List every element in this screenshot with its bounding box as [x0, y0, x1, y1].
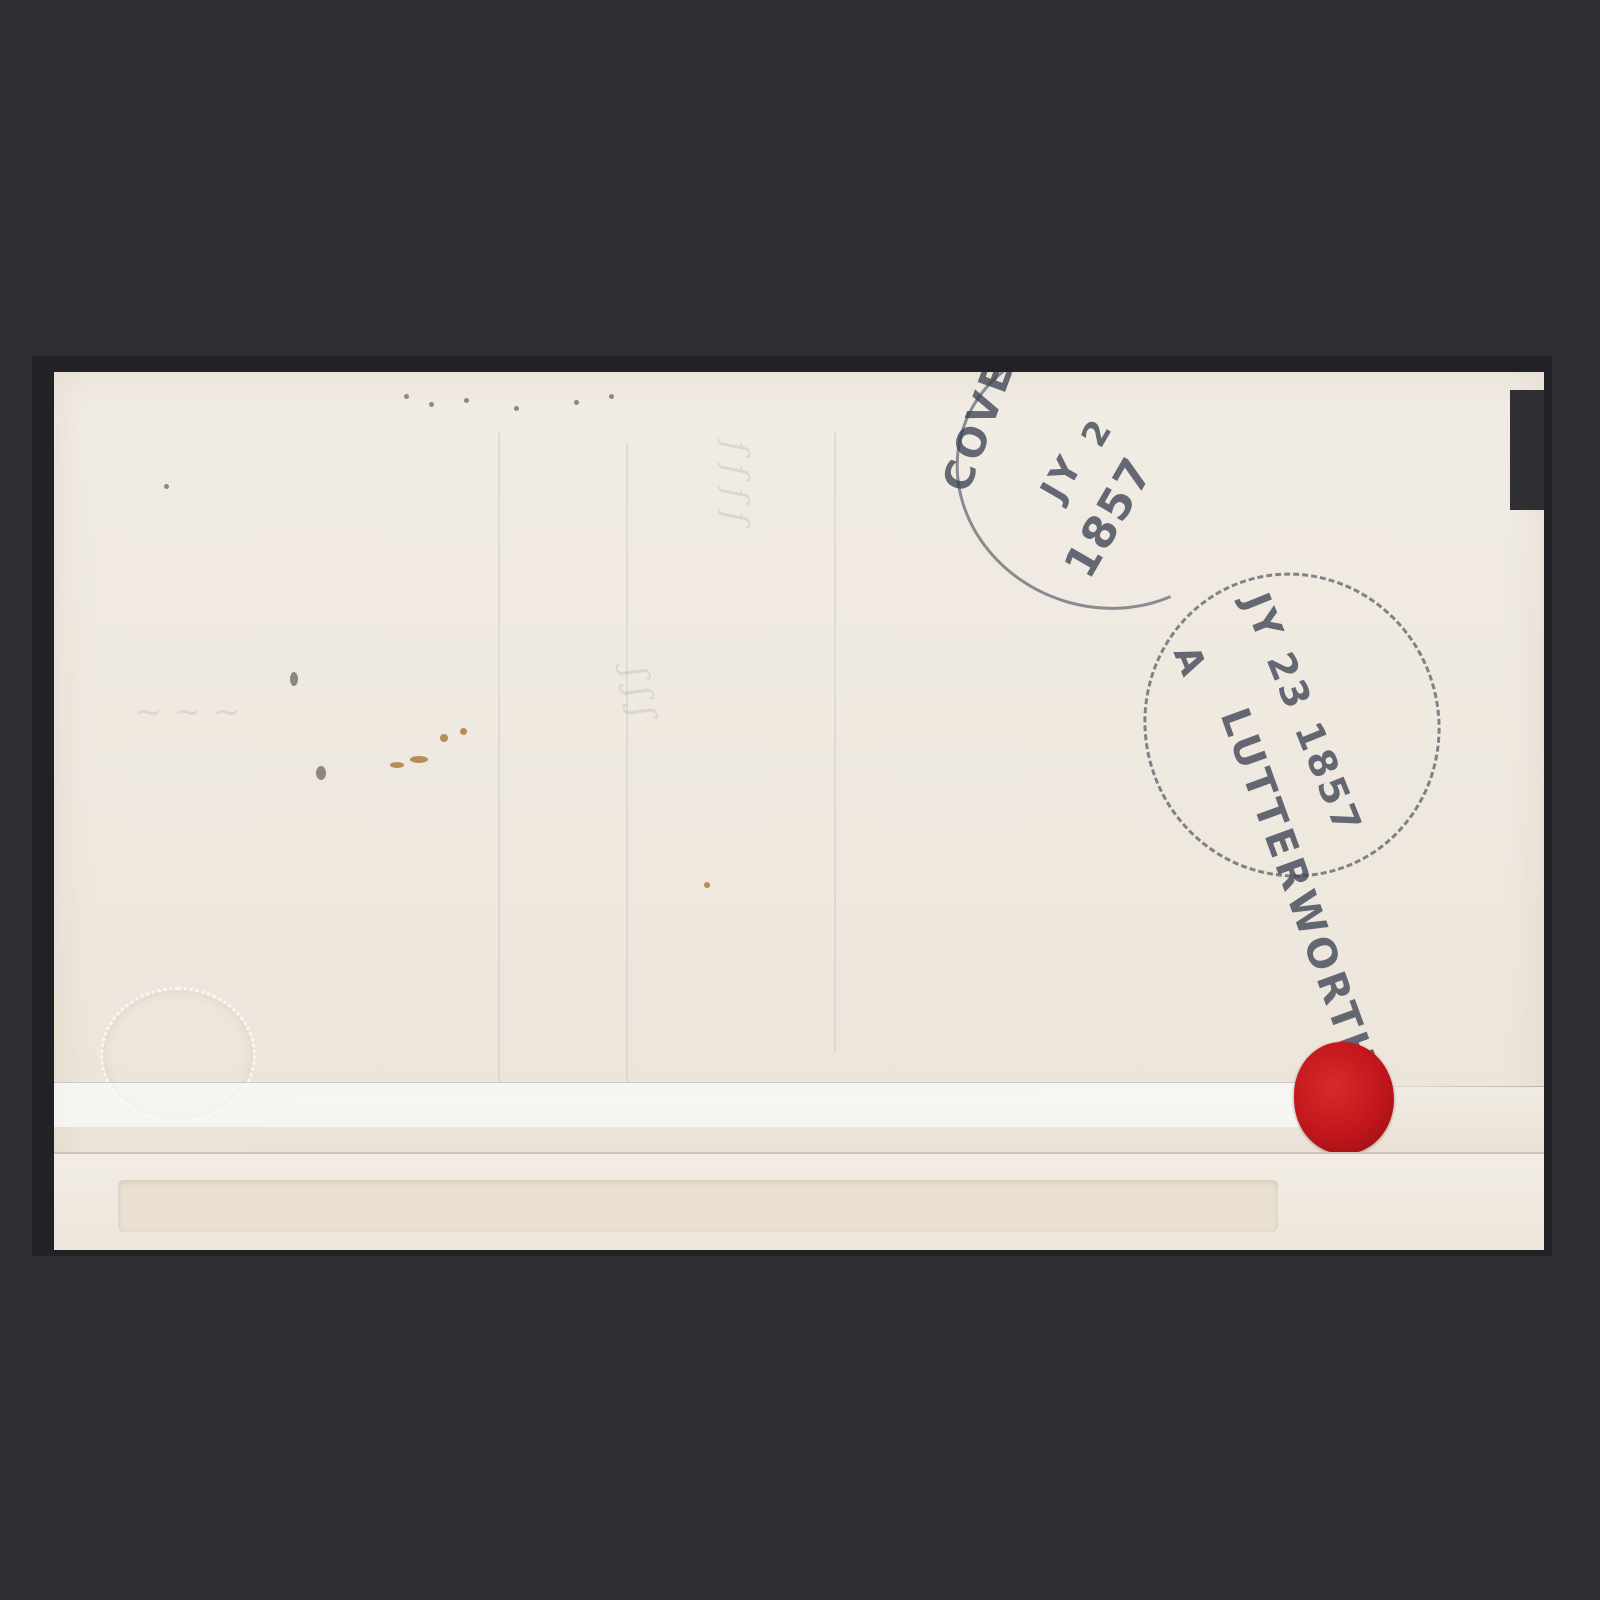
- show-through-writing: ſ ſ ſ ſ: [715, 441, 755, 524]
- foxing-stain: [410, 756, 428, 763]
- cover-edge-notch: [1510, 390, 1544, 510]
- ink-speck: [429, 402, 434, 407]
- foxing-stain: [440, 734, 448, 742]
- foxing-stain: [704, 882, 710, 888]
- fold-line: [834, 432, 836, 1052]
- postal-cover: ſ ſ ſ ſ ʃ ʃ ʃ ~ ~ ~ COVE JY 2 1857 LUTTE…: [54, 372, 1544, 1250]
- ink-speck: [316, 766, 326, 780]
- show-through-writing: ~ ~ ~: [134, 692, 241, 732]
- fold-line: [626, 442, 628, 1082]
- flap-glue-residue: [118, 1180, 1278, 1232]
- hinge-tape: [54, 1082, 1384, 1127]
- bottom-flap: [54, 1152, 1544, 1250]
- wax-seal: [1294, 1042, 1394, 1154]
- ink-speck: [609, 394, 614, 399]
- ink-speck: [464, 398, 469, 403]
- ink-speck: [574, 400, 579, 405]
- foxing-stain: [460, 728, 467, 735]
- ink-speck: [404, 394, 409, 399]
- ink-speck: [164, 484, 169, 489]
- show-through-writing: ʃ ʃ ʃ: [615, 664, 663, 720]
- fold-line: [498, 432, 500, 1082]
- ink-speck: [290, 672, 298, 686]
- ink-speck: [514, 406, 519, 411]
- foxing-stain: [390, 762, 404, 768]
